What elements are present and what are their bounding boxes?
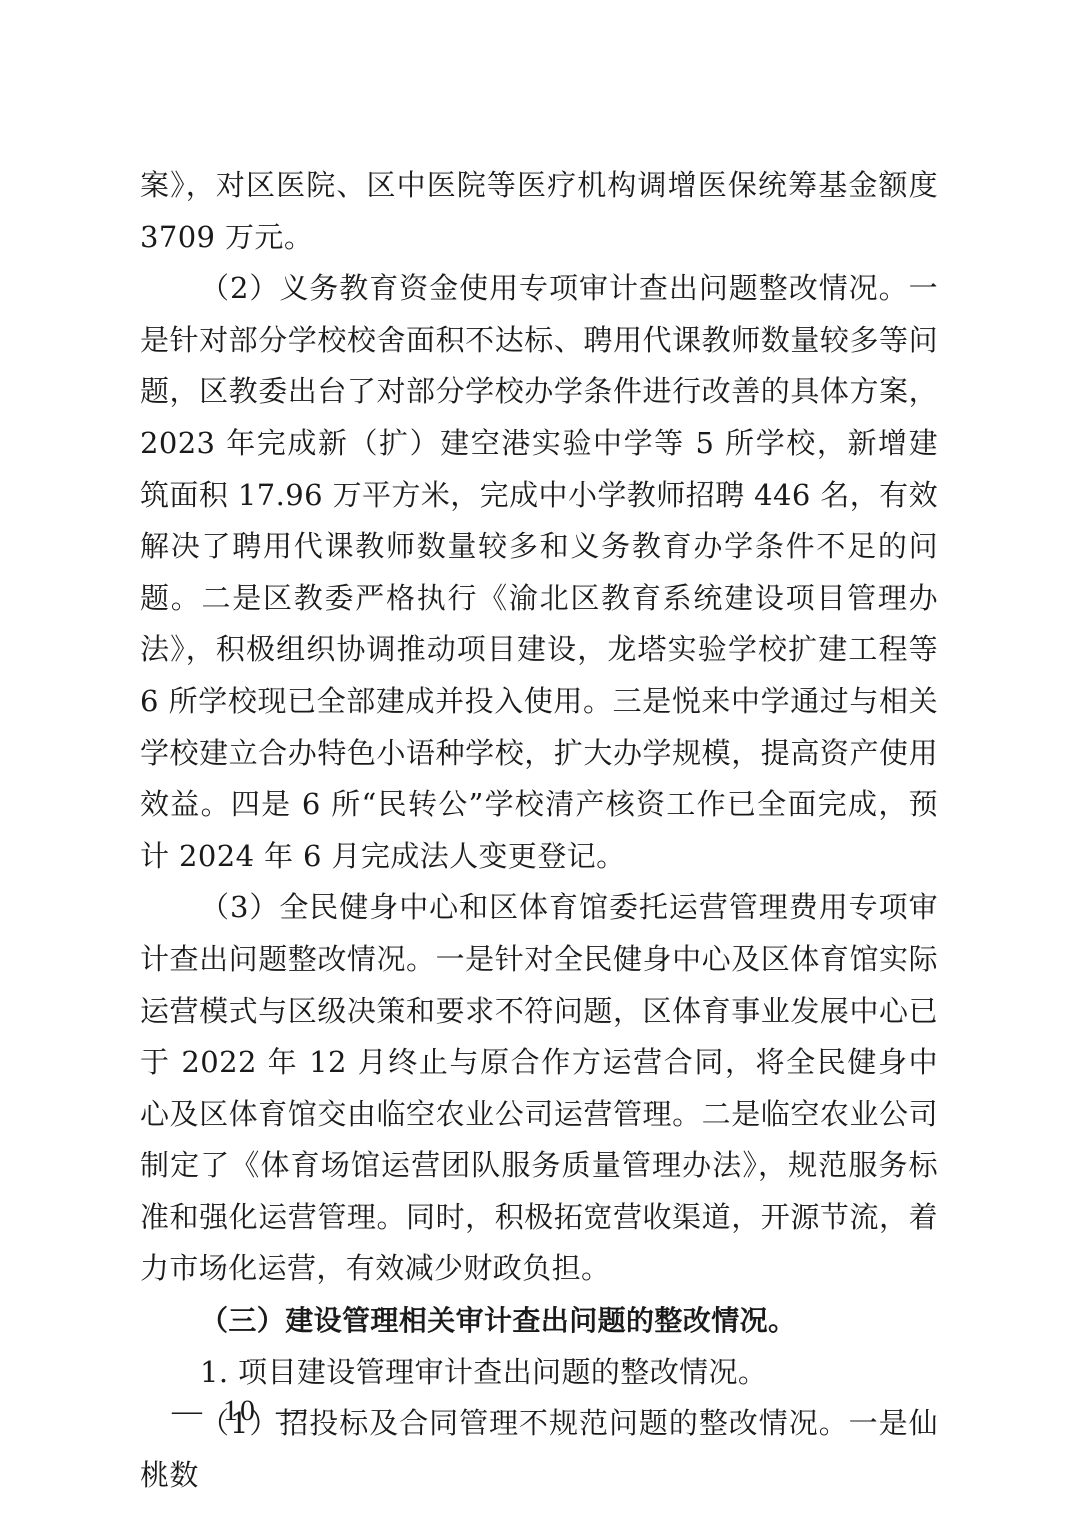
paragraph-compulsory-education-rectification: （2）义务教育资金使用专项审计查出问题整改情况。一是针对部分学校校舍面积不达标、…	[140, 263, 938, 882]
subsection-heading-project-construction: 1. 项目建设管理审计查出问题的整改情况。	[140, 1347, 938, 1399]
page-number: — 10 —	[172, 1394, 308, 1428]
paragraph-medical-fund-tail: 案》，对区医院、区中医院等医疗机构调增医保统筹基金额度 3709 万元。	[140, 160, 938, 263]
paragraph-fitness-center-rectification: （3）全民健身中心和区体育馆委托运营管理费用专项审计查出问题整改情况。一是针对全…	[140, 882, 938, 1295]
section-heading-construction-management: （三）建设管理相关审计查出问题的整改情况。	[140, 1295, 938, 1347]
document-body: 案》，对区医院、区中医院等医疗机构调增医保统筹基金额度 3709 万元。 （2）…	[140, 160, 938, 1501]
document-page: 案》，对区医院、区中医院等医疗机构调增医保统筹基金额度 3709 万元。 （2）…	[0, 0, 1074, 1520]
